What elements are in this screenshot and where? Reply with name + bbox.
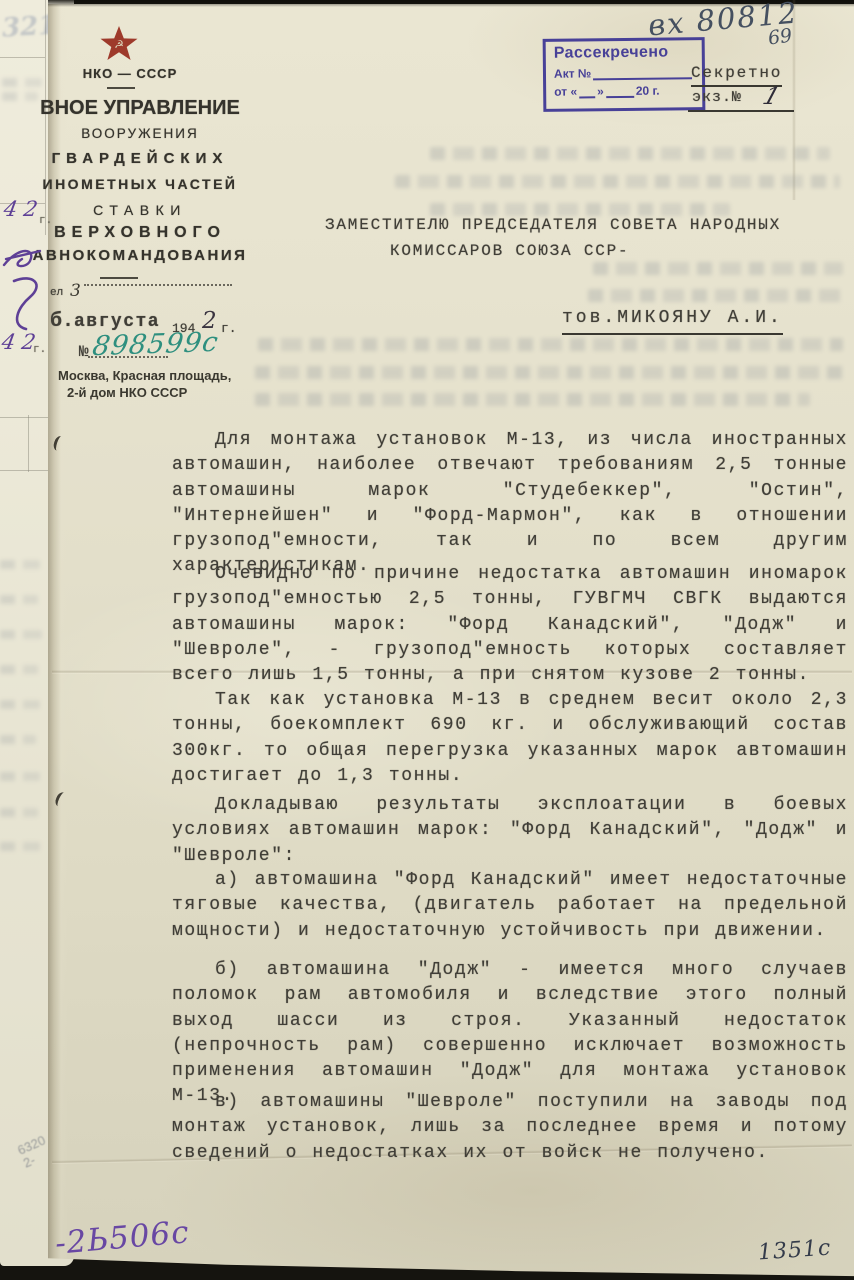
letterhead-dept-line: ИНОМЕТНЫХ ЧАСТЕЙ: [20, 176, 260, 192]
bleed-through-text: [255, 393, 810, 406]
doc-no-label: №: [79, 343, 89, 361]
stamp-blank-line: [606, 85, 634, 98]
grid-line: [28, 415, 29, 472]
letterhead-rule: [107, 87, 135, 89]
stamp-quote: »: [597, 84, 604, 98]
bleed-through-text: [0, 665, 38, 674]
stamp-blank-line: [593, 66, 692, 80]
recipient-line2: КОМИССАРОВ СОЮЗА ССР-: [390, 242, 629, 260]
bleed-through-text: [0, 735, 36, 744]
bleed-through-text: [395, 175, 840, 188]
stamp-year-label: 20 г.: [636, 84, 660, 98]
letterhead-dept-line: ВООРУЖЕНИЯ: [20, 126, 260, 141]
archive-number: 1351с: [757, 1235, 832, 1265]
address-line: Москва, Красная площадь,: [58, 368, 231, 383]
stamp-blank-line: [579, 85, 595, 98]
bleed-through-text: [0, 560, 40, 569]
grid-line: [0, 417, 52, 418]
recipient-line1: ЗАМЕСТИТЕЛЮ ПРЕДСЕДАТЕЛЯ СОВЕТА НАРОДНЫХ: [325, 216, 781, 234]
letterhead-rule: [100, 277, 138, 279]
copy-underline: [688, 110, 794, 112]
document-photo: 321 ☭ НКО — СССР ВНОЕ УПРАВЛЕНИЕ ВООРУЖЕ…: [0, 0, 854, 1280]
margin-note-suffix: г.: [39, 215, 52, 227]
incoming-page-number: 69: [767, 24, 794, 49]
doc-no-line: [88, 356, 168, 358]
letterhead-dept-line: ВНОЕ УПРАВЛЕНИЕ: [20, 97, 260, 120]
stamp-act-label: Акт №: [554, 66, 591, 80]
address-line: 2-й дом НКО СССР: [67, 385, 187, 400]
body-paragraph: Докладываю результаты эксплоатации в бое…: [172, 793, 848, 869]
body-paragraph: а) автомашина "Форд Канадский" имеет нед…: [172, 868, 848, 944]
stamp-from-label: от «: [554, 84, 577, 98]
body-paragraph: в) автомашины "Шевроле" поступили на зав…: [172, 1090, 848, 1166]
bleed-through-text: [0, 630, 42, 639]
bleed-through-text: [0, 595, 38, 604]
copy-label: экз.№: [692, 89, 742, 106]
margin-note-suffix: г.: [33, 344, 46, 356]
margin-note-year: 4 2: [0, 330, 38, 354]
bleed-through-text: [0, 842, 40, 851]
body-paragraph: Очевидно по причине недостатка автомашин…: [172, 562, 848, 688]
bleed-through-text: [588, 289, 843, 302]
grid-line: [0, 470, 52, 471]
bleed-through-text: [593, 262, 843, 275]
svg-text:☭: ☭: [114, 38, 124, 51]
body-paragraph: Так как установка М-13 в среднем весит о…: [172, 688, 848, 789]
body-paragraph: б) автомашина "Додж" - имеется много слу…: [172, 958, 848, 1110]
bleed-through-text: [0, 808, 38, 817]
bleed-through-text: [0, 772, 40, 781]
declassified-stamp: Рассекречено Акт № от «»20 г.: [543, 37, 706, 112]
recipient-name: тов.МИКОЯНУ А.И.: [562, 308, 783, 335]
letterhead-dept-line: СТАВКИ: [20, 202, 260, 218]
letterhead-org: НКО — СССР: [0, 66, 260, 81]
margin-signature-flourish: [0, 237, 64, 337]
bleed-through-text: [258, 338, 843, 351]
letterhead-dept-line: ГВАРДЕЙСКИХ: [20, 150, 260, 167]
bleed-through-text: [255, 366, 845, 379]
bleed-through-text: [0, 700, 40, 709]
file-ref-value: 3: [70, 281, 81, 301]
body-paragraph: Для монтажа установок М-13, из числа ино…: [172, 428, 848, 580]
date-suffix: г.: [221, 321, 237, 336]
bleed-through-text: [430, 147, 830, 160]
red-star-icon: ☭: [99, 26, 139, 62]
grid-line: [0, 57, 45, 58]
file-ref-line: [84, 284, 232, 286]
margin-note-year: 4 2: [2, 197, 40, 221]
bleed-through-text: [430, 203, 730, 216]
stamp-title: Рассекречено: [554, 43, 694, 62]
